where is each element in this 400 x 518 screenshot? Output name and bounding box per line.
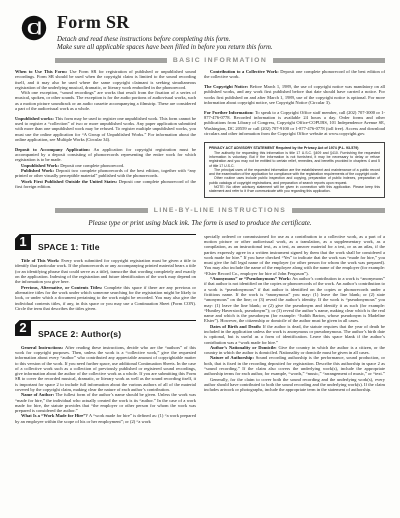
paragraph-lead: Unpublished works:	[15, 116, 55, 121]
paragraph: Contribution to a Collective Work: Depos…	[204, 69, 385, 80]
space-2-title-rule: SPACE 2: Author(s)	[31, 320, 196, 342]
paragraph: Work First Published Outside the United …	[15, 179, 196, 190]
paragraph: With one exception, “sound recordings” a…	[15, 90, 196, 111]
paragraph: Author’s Nationality or Domicile: Give t…	[204, 345, 385, 356]
paragraph-lead: Work First Published Outside the United …	[21, 179, 119, 184]
paragraph: Name of Author: The fullest form of the …	[15, 392, 196, 413]
paragraph-lead: Unpublished Work:	[21, 163, 60, 168]
paragraph: Title of This Work: Every work submitted…	[15, 258, 196, 284]
basic-info-right-column: Contribution to a Collective Work: Depos…	[204, 69, 385, 198]
paragraph: The authority for requesting this inform…	[209, 151, 380, 168]
paragraph: When to Use This Form: Use Form SR for r…	[15, 69, 196, 90]
copyright-office-logo-icon: C	[21, 15, 47, 41]
space-1-block: 1 SPACE 1: Title Title of This Work: Eve…	[15, 234, 196, 311]
form-title: Form SR	[57, 12, 273, 33]
space-2-header: 2 SPACE 2: Author(s)	[15, 320, 196, 342]
paragraph: Dates of Birth and Death: If the author …	[204, 324, 385, 345]
paragraph: Generally, for the claim to cover both t…	[204, 377, 385, 393]
paragraph-lead: What Is a “Work Made for Hire”?	[21, 413, 89, 418]
paragraph: Published Work: Deposit two complete pho…	[15, 168, 196, 179]
form-sr-instructions-page: C Form SR Detach and read these instruct…	[0, 0, 400, 518]
paragraph: Nature of Authorship: Sound recording au…	[204, 355, 385, 376]
basic-information-bar: BASIC INFORMATION	[15, 57, 385, 64]
line-by-line-bar-label: LINE-BY-LINE INSTRUCTIONS	[148, 207, 292, 214]
paragraph-lead: The Copyright Notice:	[204, 84, 250, 89]
svg-text:C: C	[27, 19, 39, 38]
paragraph: “Anonymous” or “Pseudonymous” Work: An a…	[204, 276, 385, 324]
paragraph-lead: Contribution to a Collective Work:	[210, 69, 280, 74]
paragraph-lead: General Instructions:	[21, 345, 65, 350]
paragraph: Deposit to Accompany Application: An app…	[15, 147, 196, 163]
space-2-paragraphs: General Instructions: After reading thes…	[15, 345, 196, 424]
paragraph-lead: Title of This Work:	[21, 258, 61, 263]
paragraph: What Is a “Work Made for Hire”? A “work …	[15, 413, 196, 424]
page-header: C Form SR Detach and read these instruct…	[21, 12, 385, 52]
paragraph: The Copyright Notice: Before March 1, 19…	[204, 84, 385, 105]
space-1-number-badge: 1	[15, 234, 31, 250]
paragraph-lead: Deposit to Accompany Application:	[15, 147, 94, 152]
paragraph: Previous, Alternative, or Contents Title…	[15, 285, 196, 311]
bar-segment-left	[55, 58, 167, 63]
line-by-line-bar: LINE-BY-LINE INSTRUCTIONS	[15, 207, 385, 214]
paragraph-lead: Author’s Nationality or Domicile:	[210, 345, 278, 350]
tagline-line2: Make sure all applicable spaces have bee…	[57, 44, 273, 52]
black-ink-note: Please type or print using black ink. Th…	[15, 219, 385, 227]
bar-segment-left	[55, 208, 148, 213]
basic-information-section: When to Use This Form: Use Form SR for r…	[15, 69, 385, 198]
space-1-title: SPACE 1: Title	[38, 242, 100, 252]
header-text: Form SR Detach and read these instructio…	[57, 12, 273, 52]
paragraph-lead: Previous, Alternative, or Contents Title…	[21, 285, 104, 290]
space-1-title-rule: SPACE 1: Title	[31, 234, 196, 256]
paragraph-lead: Published Work:	[21, 168, 56, 173]
space-1-header: 1 SPACE 1: Title	[15, 234, 196, 256]
paragraph: The principal uses of the requested info…	[209, 168, 380, 177]
tagline-line1: Detach and read these instructions befor…	[57, 36, 273, 44]
paragraph-lead: Nature of Authorship:	[210, 355, 256, 360]
line-by-line-right-column: specially ordered or commissioned for us…	[204, 234, 385, 433]
paragraph: Other routine uses include public inspec…	[209, 176, 380, 185]
paragraph: specially ordered or commissioned for us…	[204, 234, 385, 276]
paragraph-lead: For Further Information:	[204, 110, 255, 115]
paragraph-lead: Name of Author:	[21, 392, 56, 397]
basic-information-bar-label: BASIC INFORMATION	[167, 57, 273, 64]
bar-segment-right	[273, 58, 385, 63]
paragraph: Unpublished works: This form may be used…	[15, 116, 196, 142]
space-2-title: SPACE 2: Author(s)	[38, 329, 121, 339]
paragraph: For Further Information: To speak to a C…	[204, 110, 385, 136]
bar-segment-right	[292, 208, 385, 213]
space-2-block: 2 SPACE 2: Author(s) General Instruction…	[15, 320, 196, 424]
privacy-act-box: PRIVACY ACT ADVISORY STATEMENT Required …	[204, 142, 385, 197]
privacy-act-paragraphs: The authority for requesting this inform…	[209, 151, 380, 194]
paragraph-lead: Dates of Birth and Death:	[210, 324, 263, 329]
paragraph: General Instructions: After reading thes…	[15, 345, 196, 393]
space-1-paragraphs: Title of This Work: Every work submitted…	[15, 258, 196, 311]
space-2-number-badge: 2	[15, 320, 31, 336]
paragraph-lead: “Anonymous” or “Pseudonymous” Work:	[210, 276, 292, 281]
basic-info-left-column: When to Use This Form: Use Form SR for r…	[15, 69, 196, 198]
paragraph: NOTE: No other advisory statement will b…	[209, 185, 380, 194]
basic-info-right-paragraphs: Contribution to a Collective Work: Depos…	[204, 69, 385, 136]
line-by-line-section: 1 SPACE 1: Title Title of This Work: Eve…	[15, 234, 385, 433]
paragraph-lead: When to Use This Form:	[15, 69, 69, 74]
line-by-line-left-column: 1 SPACE 1: Title Title of This Work: Eve…	[15, 234, 196, 433]
